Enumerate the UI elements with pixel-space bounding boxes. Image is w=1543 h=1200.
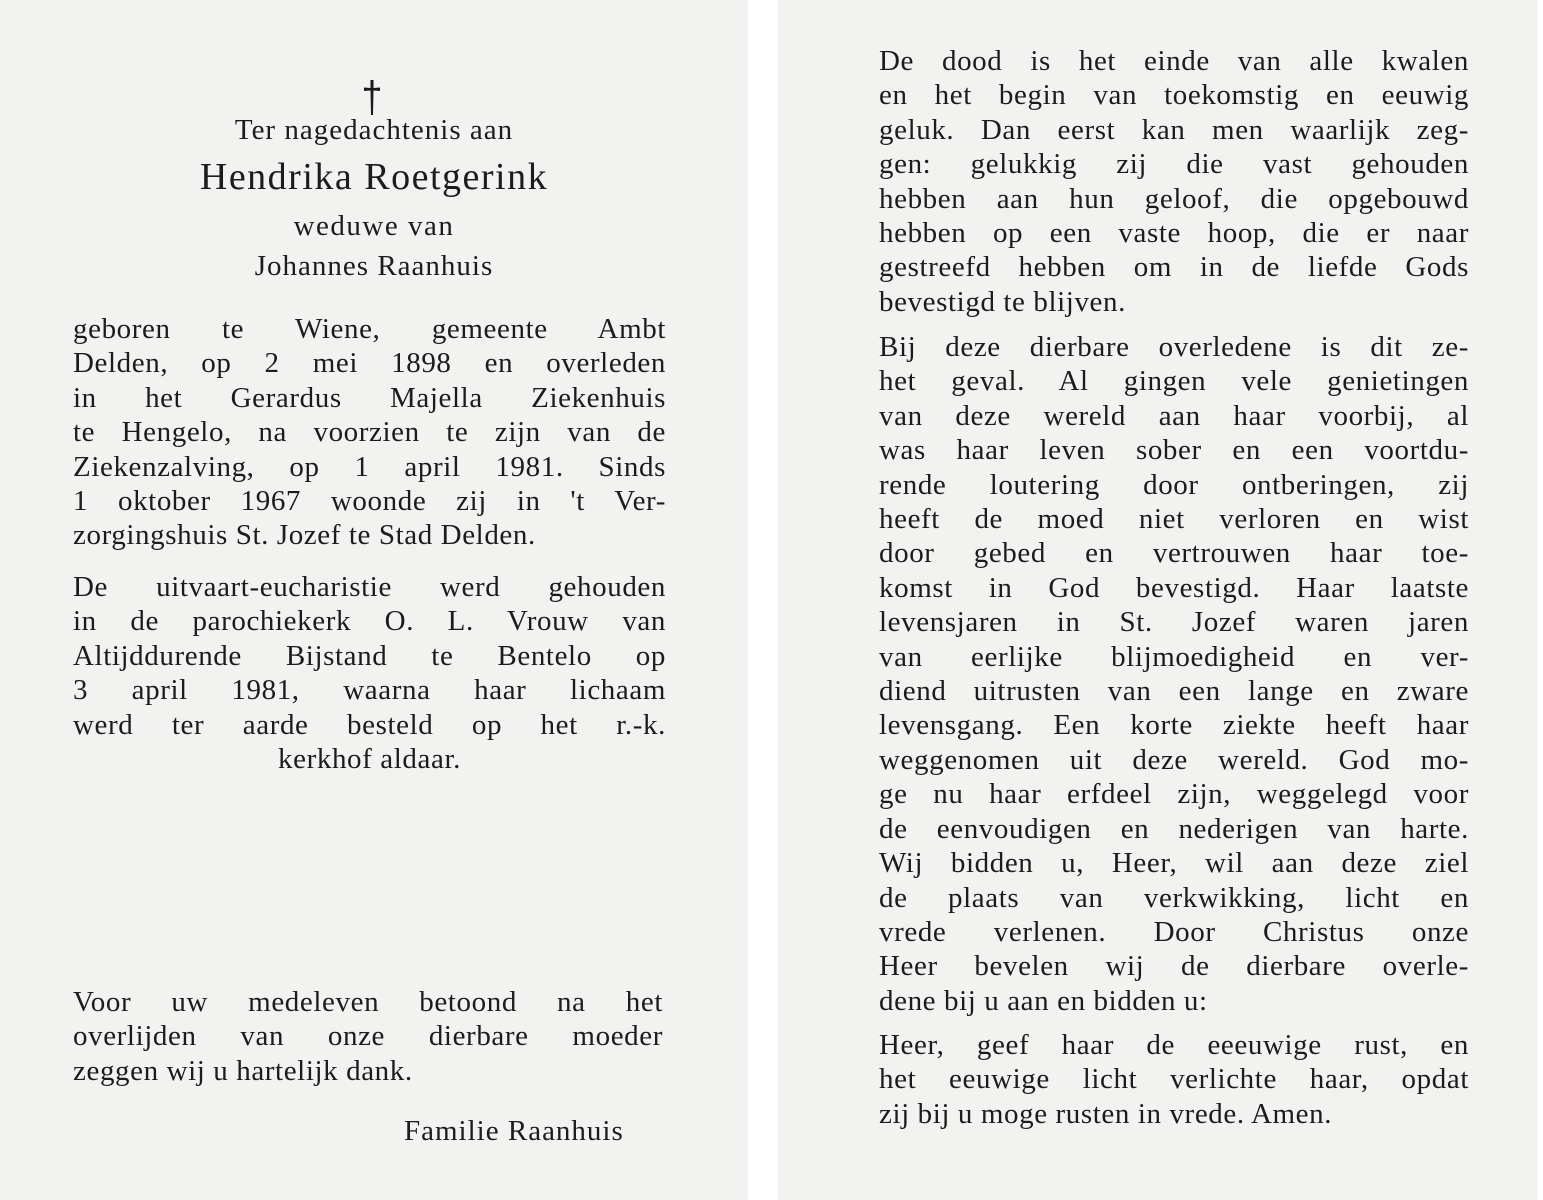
text-line: rende loutering door ontberingen, zij [879,468,1469,502]
family-signature: Familie Raanhuis [404,1115,624,1148]
text-line: heeft de moed niet verloren en wist [879,502,1469,536]
text-line: komst in God bevestigd. Haar laatste [879,571,1469,605]
text-line: van eerlijke blijmoedigheid en ver- [879,640,1469,674]
text-line: door gebed en vertrouwen haar toe- [879,536,1469,570]
text-line: De uitvaart-eucharistie werd gehouden [73,570,666,604]
text-line: geboren te Wiene, gemeente Ambt [73,312,666,346]
funeral-paragraph: De uitvaart-eucharistie werd gehoudenin … [73,570,666,776]
text-line: weggenomen uit deze wereld. God mo- [879,743,1469,777]
text-line: zij bij u moge rusten in vrede. Amen. [879,1097,1469,1131]
text-line: dene bij u aan en bidden u: [879,984,1469,1018]
text-line: Bij deze dierbare overledene is dit ze- [879,330,1469,364]
text-line: kerkhof aldaar. [73,742,666,776]
cross-icon [362,78,382,116]
text-line: gen: gelukkig zij die vast gehouden [879,147,1469,181]
text-line: ge nu haar erfdeel zijn, weggelegd voor [879,777,1469,811]
thanks-paragraph: Voor uw medeleven betoond na hetoverlijd… [73,985,663,1088]
tribute-paragraph: Bij deze dierbare overledene is dit ze-h… [879,330,1469,1018]
text-line: geluk. Dan eerst kan men waarlijk zeg- [879,113,1469,147]
text-line: in de parochiekerk O. L. Vrouw van [73,604,666,638]
text-line: 3 april 1981, waarna haar lichaam [73,673,666,707]
text-line: te Hengelo, na voorzien te zijn van de [73,415,666,449]
text-line: zeggen wij u hartelijk dank. [73,1054,663,1088]
intro-text: Ter nagedachtenis aan [0,114,748,147]
text-line: vrede verlenen. Door Christus onze [879,915,1469,949]
text-line: Heer bevelen wij de dierbare overle- [879,949,1469,983]
text-line: de eenvoudigen en nederigen van harte. [879,812,1469,846]
text-line: Ziekenzalving, op 1 april 1981. Sinds [73,450,666,484]
text-line: 1 oktober 1967 woonde zij in 't Ver- [73,484,666,518]
text-line: zorgingshuis St. Jozef te Stad Delden. [73,518,666,552]
text-line: was haar leven sober en een voortdu- [879,433,1469,467]
text-line: het geval. Al gingen vele genietingen [879,364,1469,398]
reflection-paragraph: De dood is het einde van alle kwalenen h… [879,44,1469,319]
widow-of-label: weduwe van [0,210,748,243]
spouse-name: Johannes Raanhuis [0,250,748,283]
text-line: Voor uw medeleven betoond na het [73,985,663,1019]
text-line: en het begin van toekomstig en eeuwig [879,78,1469,112]
text-line: levensjaren in St. Jozef waren jaren [879,605,1469,639]
text-line: van deze wereld aan haar voorbij, al [879,399,1469,433]
text-line: hebben op een vaste hoop, die er naar [879,216,1469,250]
text-line: Altijddurende Bijstand te Bentelo op [73,639,666,673]
text-line: levensgang. Een korte ziekte heeft haar [879,708,1469,742]
text-line: hebben aan hun geloof, die opgebouwd [879,182,1469,216]
text-line: De dood is het einde van alle kwalen [879,44,1469,78]
memorial-card-front: Ter nagedachtenis aan Hendrika Roetgerin… [0,0,748,1200]
text-line: werd ter aarde besteld op het r.-k. [73,708,666,742]
text-line: in het Gerardus Majella Ziekenhuis [73,381,666,415]
text-line: het eeuwige licht verlichte haar, opdat [879,1062,1469,1096]
text-line: overlijden van onze dierbare moeder [73,1019,663,1053]
text-line: Delden, op 2 mei 1898 en overleden [73,346,666,380]
text-line: diend uitrusten van een lange en zware [879,674,1469,708]
prayer-paragraph: Heer, geef haar de eeeuwige rust, enhet … [879,1028,1469,1131]
deceased-name: Hendrika Roetgerink [0,155,748,199]
text-line: bevestigd te blijven. [879,285,1469,319]
text-line: Heer, geef haar de eeeuwige rust, en [879,1028,1469,1062]
text-line: Wij bidden u, Heer, wil aan deze ziel [879,846,1469,880]
biography-paragraph: geboren te Wiene, gemeente AmbtDelden, o… [73,312,666,553]
text-line: de plaats van verkwikking, licht en [879,881,1469,915]
text-line: gestreefd hebben om in de liefde Gods [879,250,1469,284]
